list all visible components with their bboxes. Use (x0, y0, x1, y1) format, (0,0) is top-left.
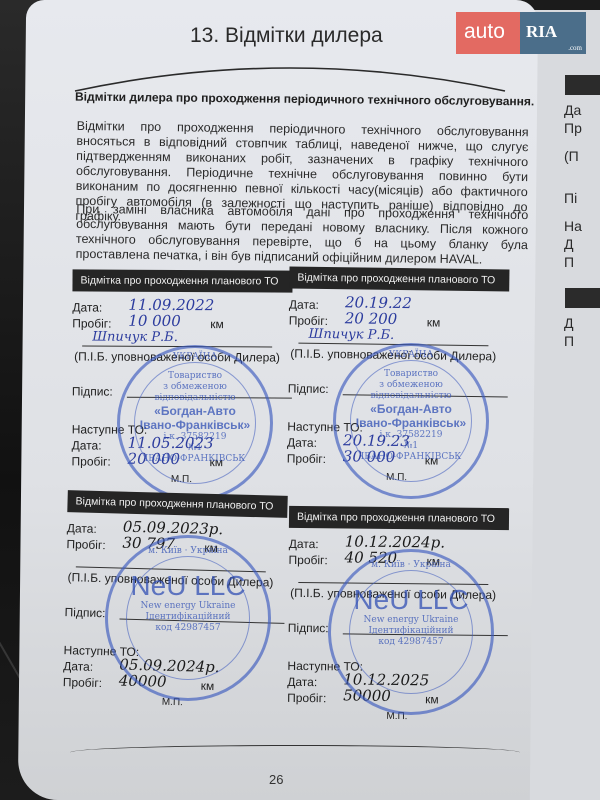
adjacent-text: Д (564, 315, 573, 331)
signature-line (343, 633, 508, 636)
watermark-com: .com (568, 44, 582, 52)
next-mileage-label: Пробіг: (287, 451, 326, 466)
dealer-name-caption: (П.І.Б. уповноваженої особи Дилера) (67, 570, 285, 590)
next-date-label: Дата: (287, 675, 317, 689)
mileage-value: 10 000 (128, 313, 181, 329)
dealer-name-value: Шпичук Р.Б. (308, 327, 394, 343)
date-value: 11.09.2022 (128, 297, 214, 313)
owner-change-paragraph: При заміні власника автомобіля дані про … (76, 202, 529, 268)
dealer-name-line: Шпичук Р.Б. (298, 329, 488, 347)
signature-label: Підпис: (72, 384, 113, 398)
next-mileage-label: Пробіг: (287, 691, 326, 705)
signature-row: Підпис: (288, 380, 508, 399)
km-unit: км (210, 454, 224, 470)
adjacent-text: Да (564, 102, 581, 118)
autoria-watermark: auto RIA.com (456, 12, 586, 54)
signature-row: Підпис: (288, 620, 508, 638)
signature-label: Підпис: (288, 621, 329, 635)
next-date-label: Дата: (287, 435, 317, 449)
title-divider (70, 55, 510, 95)
adjacent-text: Пр (564, 120, 582, 136)
km-unit: км (425, 452, 439, 468)
next-date-label: Дата: (63, 659, 93, 674)
dealer-name-caption: (П.І.Б. уповноваженої особи Дилера) (290, 586, 508, 602)
next-mileage-value: 30 000 (343, 448, 396, 465)
card-header: Відмітка про проходження планового ТО (67, 490, 288, 518)
adjacent-text: П (564, 333, 574, 349)
next-mileage-row: Пробіг:30 000км (287, 450, 507, 469)
watermark-auto: auto (456, 12, 520, 54)
km-unit: км (210, 316, 224, 332)
km-unit: км (201, 678, 215, 694)
next-date-value: 11.05.2023 (128, 435, 214, 451)
maintenance-record-card: Відмітка про проходження планового ТО Да… (71, 269, 292, 485)
stamp-place-label: М.П. (71, 473, 291, 485)
dealer-name-value: Шпичук Р.Б. (92, 330, 178, 345)
next-mileage-row: Пробіг:20 000км (72, 453, 292, 470)
card-header: Відмітка про проходження планового ТО (72, 269, 292, 292)
mileage-value: 40 520 (345, 549, 398, 566)
page-number: 26 (269, 772, 283, 787)
adjacent-text: На (564, 218, 582, 234)
next-mileage-row: Пробіг:50000км (287, 690, 507, 708)
dealer-name-caption: (П.І.Б. уповноваженої особи Дилера) (74, 349, 292, 364)
watermark-ria-text: RIA (526, 22, 557, 41)
maintenance-record-card: Відмітка про проходження планового ТО Да… (62, 490, 288, 711)
adjacent-text: Д (564, 236, 573, 252)
signature-line (127, 397, 292, 399)
next-mileage-value: 50000 (343, 687, 391, 703)
adjacent-text: П (564, 254, 574, 270)
bottom-divider (70, 745, 520, 760)
next-mileage-label: Пробіг: (72, 454, 111, 468)
signature-label: Підпис: (288, 381, 329, 396)
next-date-row: Дата:11.05.2023 (72, 437, 292, 454)
maintenance-record-card: Відмітка про проходження планового ТО Да… (287, 266, 510, 484)
date-label: Дата: (67, 521, 97, 536)
mileage-value: 30 797 (122, 535, 175, 552)
next-mileage-value: 40000 (119, 673, 167, 690)
dealer-name-caption: (П.І.Б. уповноваженої особи Дилера) (290, 346, 508, 363)
dealer-name-line (298, 568, 488, 585)
km-unit: км (427, 314, 441, 330)
mileage-label: Пробіг: (288, 553, 327, 567)
next-mileage-label: Пробіг: (63, 675, 103, 690)
signature-line (343, 394, 508, 397)
section-title: 13. Відмітки дилера (190, 24, 383, 48)
dealer-name-line: Шпичук Р.Б. (82, 331, 272, 347)
km-unit: км (426, 553, 440, 569)
card-header: Відмітка про проходження планового ТО (289, 506, 509, 530)
adjacent-text: (П (564, 148, 579, 164)
mileage-label: Пробіг: (66, 537, 106, 552)
next-date-label: Дата: (72, 438, 102, 452)
signature-label: Підпис: (64, 605, 105, 620)
date-row: Дата:11.09.2022 (72, 299, 292, 316)
adjacent-text: Пі (564, 190, 577, 206)
date-label: Дата: (72, 300, 102, 314)
card-header: Відмітка про проходження планового ТО (289, 266, 509, 291)
km-unit: км (204, 540, 218, 556)
stamp-place-label: М.П. (287, 710, 507, 723)
date-label: Дата: (289, 297, 319, 311)
signature-row: Підпис: (72, 383, 292, 400)
mileage-label: Пробіг: (72, 316, 111, 330)
maintenance-record-card: Відмітка про проходження планового ТО Да… (287, 506, 509, 723)
next-mileage-value: 20 000 (128, 451, 181, 467)
date-label: Дата: (289, 537, 319, 551)
mileage-value: 20 200 (345, 310, 398, 327)
watermark-ria: RIA.com (520, 12, 586, 54)
adjacent-card-header (565, 75, 600, 95)
km-unit: км (425, 691, 439, 707)
adjacent-card-header (565, 288, 600, 308)
